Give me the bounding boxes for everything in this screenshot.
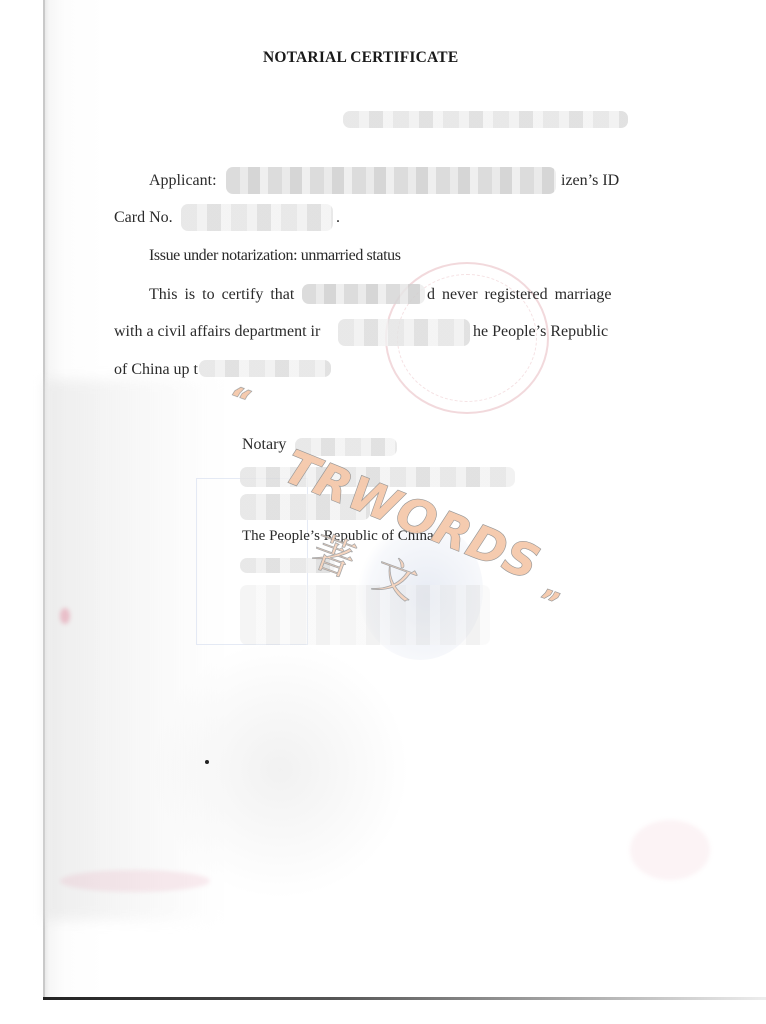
china-line-start: of China up t <box>114 361 198 379</box>
certify-line-end: d never registered marriage <box>427 286 611 304</box>
redacted-card-number <box>181 204 333 231</box>
card-label: Card No. <box>114 209 173 227</box>
ink-dot <box>205 760 209 764</box>
applicant-label: Applicant: <box>149 172 217 190</box>
civil-line-start: with a civil affairs department ir <box>114 323 320 341</box>
country-line: The People’s Republic of China <box>242 528 434 545</box>
redacted-notary-name <box>295 438 397 456</box>
card-line-tail: . <box>336 209 340 227</box>
ink-mark <box>60 608 70 624</box>
notary-label: Notary <box>242 436 286 454</box>
redacted-stamp-area <box>240 585 490 645</box>
redacted-notary-office <box>240 467 515 487</box>
scan-shadow <box>150 640 410 900</box>
ink-stain <box>630 820 710 880</box>
certify-line-start: This is to certify that <box>149 286 294 304</box>
redacted-location <box>338 319 470 346</box>
redacted-name <box>302 284 425 304</box>
redacted-applicant <box>226 167 556 194</box>
civil-line-end: he People’s Republic <box>473 323 608 341</box>
redacted-province <box>240 494 370 520</box>
ink-stain <box>60 870 210 892</box>
document-title: NOTARIAL CERTIFICATE <box>263 49 458 67</box>
redacted-signature-date <box>240 558 335 573</box>
redacted-date <box>199 360 331 377</box>
applicant-line-tail: izen’s ID <box>561 172 619 190</box>
redacted-certificate-number <box>343 111 628 128</box>
issue-line: Issue under notarization: unmarried stat… <box>149 247 401 265</box>
